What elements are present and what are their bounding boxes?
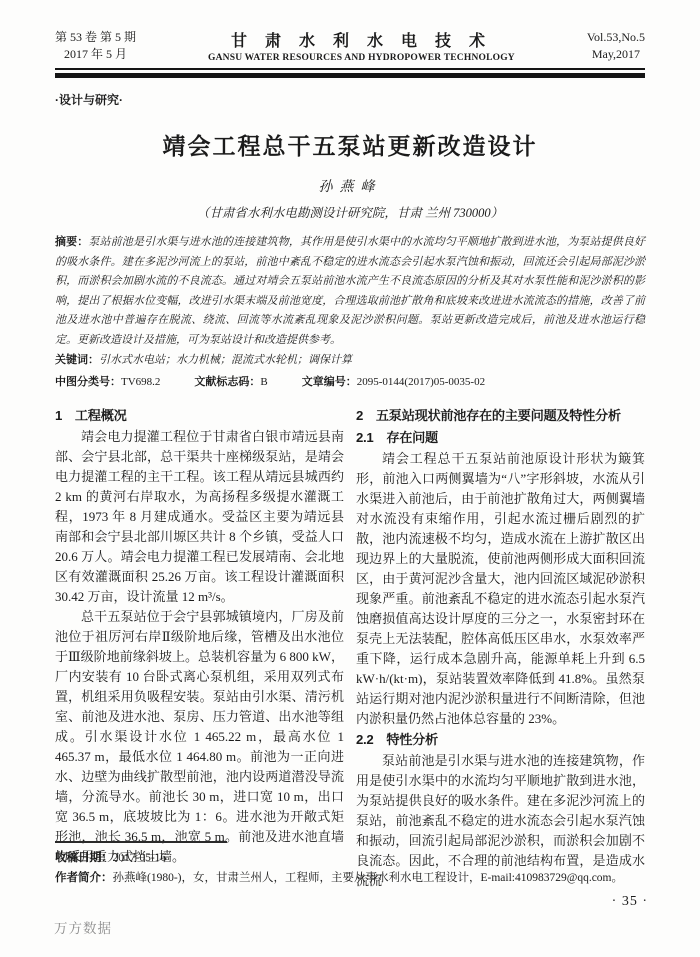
- section-1-paragraph: 靖会电力提灌工程位于甘肃省白银市靖远县南部、会宁县北部，总干渠共十座梯级泵站，是…: [55, 427, 344, 607]
- vol-date-line: May,2017: [587, 46, 645, 63]
- journal-header: 第 53 卷 第 5 期 2017 年 5 月 甘 肃 水 利 水 电 技 术 …: [55, 0, 645, 63]
- author-bio-line: 作者简介：孙燕峰(1980-)，女，甘肃兰州人，工程师，主要从事水利水电工程设计…: [55, 869, 645, 889]
- section-2-2-heading: 2.2 特性分析: [356, 729, 645, 751]
- section-1-paragraph: 总干五泵站位于会宁县郭城镇境内，厂房及前池位于祖厉河右岸Ⅱ级阶地后缘，管槽及出水…: [55, 607, 344, 867]
- received-date-value: 2017-05-16: [113, 852, 167, 864]
- page-number: · 35 ·: [612, 894, 648, 910]
- received-date-label: 收稿日期：: [55, 852, 113, 864]
- doc-code-value: B: [260, 376, 267, 388]
- footnote-rule: [55, 841, 227, 843]
- article-id-label: 文章编号：: [302, 376, 357, 388]
- section-2-heading: 2 五泵站现状前池存在的主要问题及特性分析: [356, 405, 645, 427]
- journal-title-en: GANSU WATER RESOURCES AND HYDROPOWER TEC…: [208, 53, 515, 63]
- section-2-1-heading: 2.1 存在问题: [356, 427, 645, 449]
- body-columns: 1 工程概况 靖会电力提灌工程位于甘肃省白银市靖远县南部、会宁县北部，总干渠共十…: [55, 405, 645, 891]
- abstract-block: 摘要：泵站前池是引水渠与进水池的连接建筑物，其作用是使引水渠中的水流均匀平顺地扩…: [55, 233, 645, 350]
- header-rule-thick: [55, 73, 645, 78]
- issue-date-line: 2017 年 5 月: [55, 46, 136, 63]
- received-date-line: 收稿日期：2017-05-16: [55, 849, 645, 869]
- abstract-text: 泵站前池是引水渠与进水池的连接建筑物，其作用是使引水渠中的水流均匀平顺地扩散到进…: [55, 236, 645, 346]
- journal-title-block: 甘 肃 水 利 水 电 技 术 GANSU WATER RESOURCES AN…: [208, 28, 515, 63]
- section-2-1-paragraph: 靖会工程总干五泵站前池原设计形状为簸箕形，前池入口两侧翼墙为“八”字形斜坡，水流…: [356, 449, 645, 729]
- article-affiliation: （甘肃省水利水电勘测设计研究院，甘肃 兰州 730000）: [55, 203, 645, 221]
- journal-vol-info: Vol.53,No.5 May,2017: [587, 29, 645, 63]
- issue-volume-line: 第 53 卷 第 5 期: [55, 29, 136, 46]
- clc-value: TV698.2: [121, 376, 160, 388]
- article-id-value: 2095-0144(2017)05-0035-02: [357, 376, 485, 388]
- footnote-block: 收稿日期：2017-05-16 作者简介：孙燕峰(1980-)，女，甘肃兰州人，…: [55, 841, 645, 888]
- keywords-label: 关键词：: [55, 354, 99, 366]
- left-column: 1 工程概况 靖会电力提灌工程位于甘肃省白银市靖远县南部、会宁县北部，总干渠共十…: [55, 405, 344, 891]
- journal-issue-info: 第 53 卷 第 5 期 2017 年 5 月: [55, 29, 136, 63]
- scanned-paper-page: 第 53 卷 第 5 期 2017 年 5 月 甘 肃 水 利 水 电 技 术 …: [0, 0, 700, 957]
- vol-number-line: Vol.53,No.5: [587, 29, 645, 46]
- section-tag: ·设计与研究·: [55, 91, 645, 108]
- doc-code-item: 文献标志码：B: [194, 373, 267, 392]
- right-column: 2 五泵站现状前池存在的主要问题及特性分析 2.1 存在问题 靖会工程总干五泵站…: [356, 405, 645, 891]
- article-author: 孙燕峰: [55, 176, 645, 196]
- clc-label: 中图分类号：: [55, 376, 121, 388]
- clc-item: 中图分类号：TV698.2: [55, 373, 160, 392]
- article-id-item: 文章编号：2095-0144(2017)05-0035-02: [302, 373, 485, 392]
- journal-title-cn: 甘 肃 水 利 水 电 技 术: [208, 28, 515, 51]
- header-rule-thin: [55, 68, 645, 70]
- author-bio-label: 作者简介：: [55, 872, 113, 884]
- abstract-label: 摘要：: [55, 236, 88, 248]
- article-title: 靖会工程总干五泵站更新改造设计: [55, 128, 645, 161]
- wanfang-watermark: 万方数据: [54, 917, 112, 937]
- article-meta-line: 中图分类号：TV698.2 文献标志码：B 文章编号：2095-0144(201…: [55, 373, 645, 392]
- keywords-line: 关键词：引水式水电站；水力机械；混流式水轮机；调保计算: [55, 351, 645, 370]
- section-1-heading: 1 工程概况: [55, 405, 344, 427]
- keywords-text: 引水式水电站；水力机械；混流式水轮机；调保计算: [99, 354, 352, 366]
- author-bio-text: 孙燕峰(1980-)，女，甘肃兰州人，工程师，主要从事水利水电工程设计，E-ma…: [113, 872, 624, 884]
- doc-code-label: 文献标志码：: [194, 376, 260, 388]
